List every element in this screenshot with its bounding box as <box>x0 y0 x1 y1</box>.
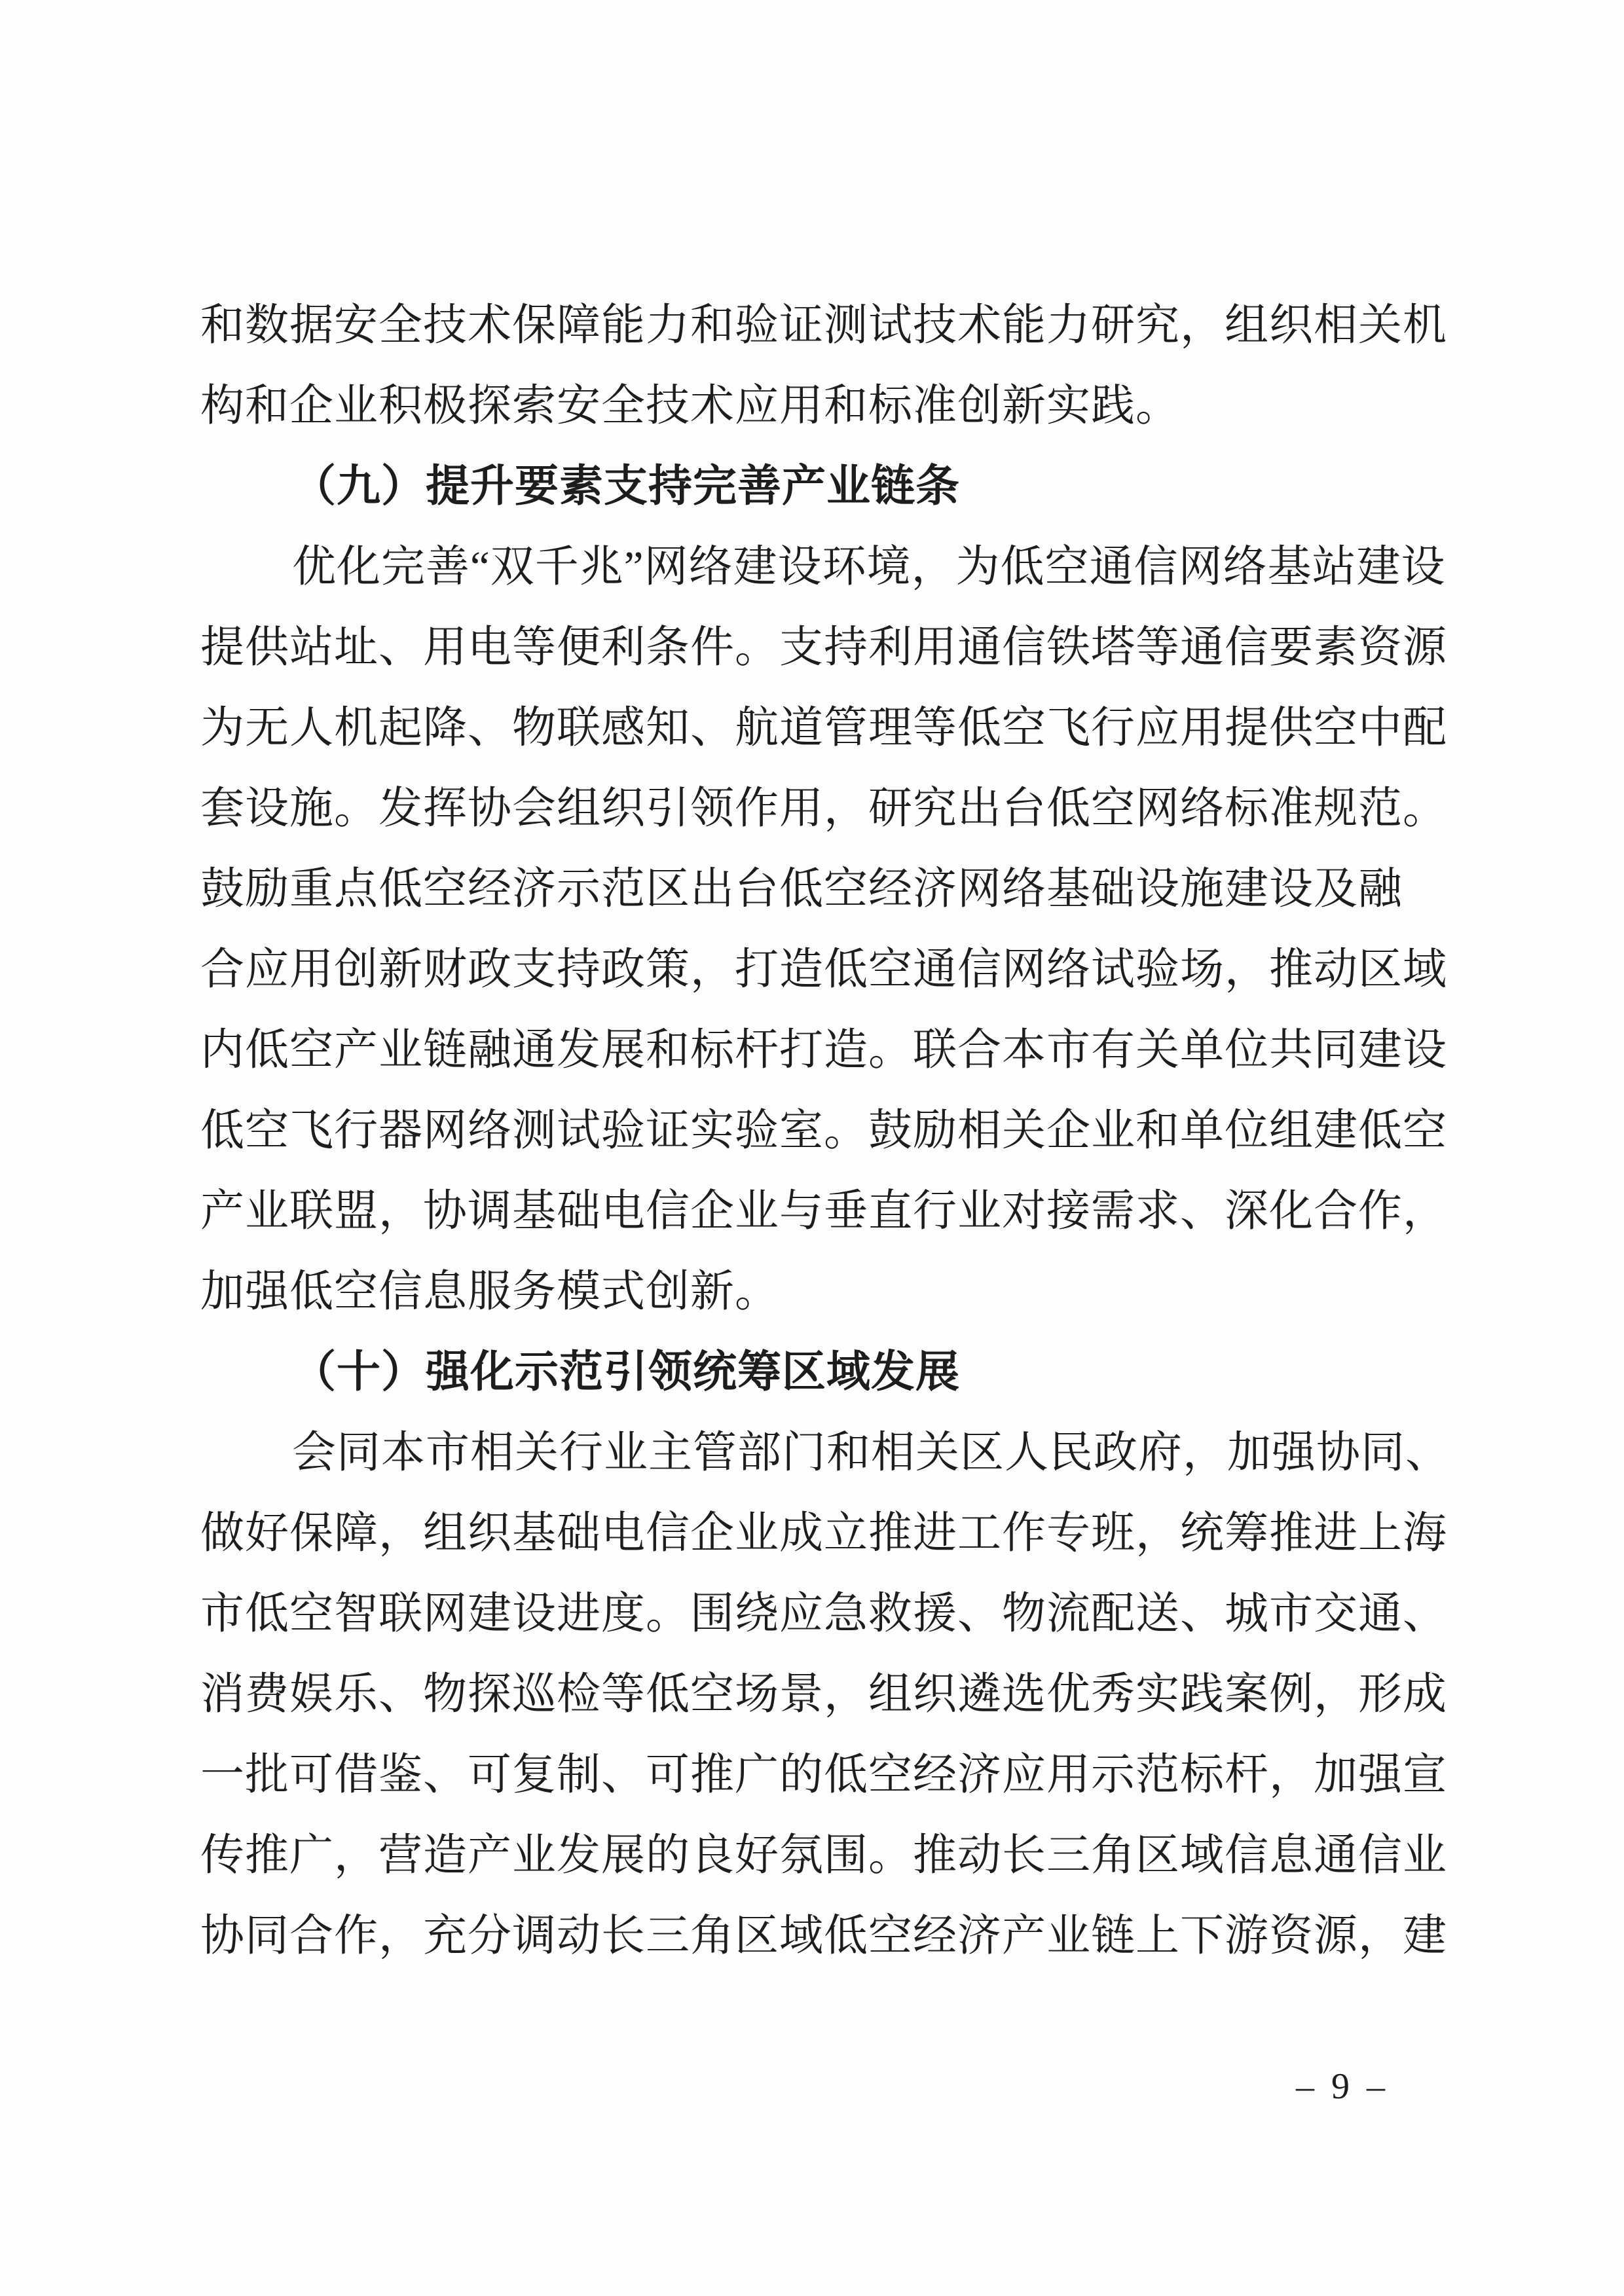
document-body: 和数据安全技术保障能力和验证测试技术能力研究，组织相关机 构和企业积极探索安全技… <box>200 285 1451 1977</box>
text-line: 低空飞行器网络测试验证实验室。鼓励相关企业和单位组建低空 <box>200 1091 1451 1171</box>
text-line: 内低空产业链融通发展和标杆打造。联合本市有关单位共同建设 <box>200 1010 1451 1091</box>
text-line: 加强低空信息服务模式创新。 <box>200 1252 1451 1332</box>
text-line: 协同合作，充分调动长三角区域低空经济产业链上下游资源，建 <box>200 1896 1451 1977</box>
page-footer: – 9 – <box>1244 2066 1441 2107</box>
text-line: 消费娱乐、物探巡检等低空场景，组织遴选优秀实践案例，形成 <box>200 1654 1451 1735</box>
paragraph-start-line: 会同本市相关行业主管部门和相关区人民政府，加强协同、 <box>200 1413 1451 1493</box>
text-line: 做好保障，组织基础电信企业成立推进工作专班，统筹推进上海 <box>200 1493 1451 1574</box>
text-line: 套设施。发挥协会组织引领作用，研究出台低空网络标准规范。 <box>200 769 1451 849</box>
document-page: 和数据安全技术保障能力和验证测试技术能力研究，组织相关机 构和企业积极探索安全技… <box>0 0 1624 2296</box>
text-line: 和数据安全技术保障能力和验证测试技术能力研究，组织相关机 <box>200 285 1451 366</box>
paragraph-start-line: 优化完善“双千兆”网络建设环境，为低空通信网络基站建设 <box>200 527 1451 608</box>
section-heading-9: （九）提升要素支持完善产业链条 <box>200 446 1451 527</box>
section-heading-10: （十）强化示范引领统筹区域发展 <box>200 1332 1451 1413</box>
text-line: 合应用创新财政支持政策，打造低空通信网络试验场，推动区域 <box>200 930 1451 1010</box>
text-line: 提供站址、用电等便利条件。支持利用通信铁塔等通信要素资源 <box>200 608 1451 688</box>
text-line: 构和企业积极探索安全技术应用和标准创新实践。 <box>200 366 1451 446</box>
text-line: 鼓励重点低空经济示范区出台低空经济网络基础设施建设及融 <box>200 849 1451 930</box>
text-line: 市低空智联网建设进度。围绕应急救援、物流配送、城市交通、 <box>200 1574 1451 1654</box>
text-line: 一批可借鉴、可复制、可推广的低空经济应用示范标杆，加强宣 <box>200 1735 1451 1815</box>
text-line: 产业联盟，协调基础电信企业与垂直行业对接需求、深化合作， <box>200 1171 1451 1252</box>
text-line: 为无人机起降、物联感知、航道管理等低空飞行应用提供空中配 <box>200 688 1451 769</box>
text-line: 传推广，营造产业发展的良好氛围。推动长三角区域信息通信业 <box>200 1815 1451 1896</box>
page-number: – 9 – <box>1296 2066 1389 2107</box>
